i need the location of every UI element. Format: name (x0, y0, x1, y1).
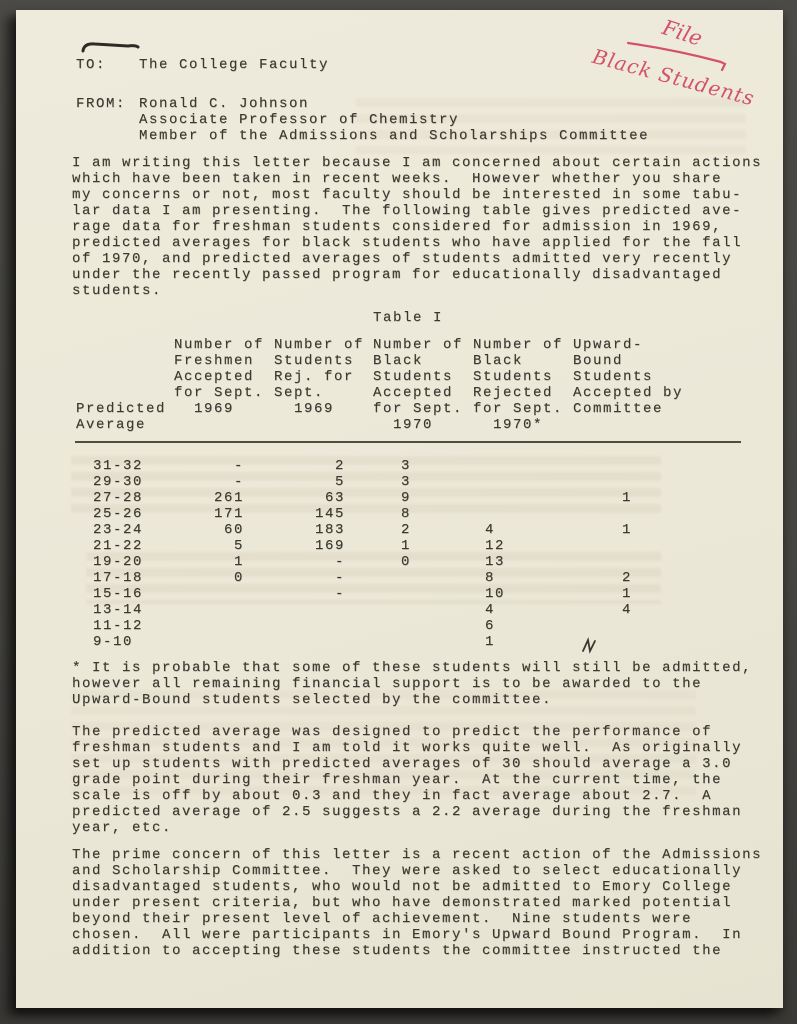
table-row: 15-16-101 (75, 586, 743, 602)
table-cell: 5 (174, 538, 274, 554)
table-cell: 261 (174, 490, 274, 506)
table-cell (473, 474, 573, 490)
table-cell: 1 (573, 522, 743, 538)
table-cell (174, 634, 274, 650)
table-row: 11-126 (75, 618, 743, 634)
table-cell: 145 (274, 506, 373, 522)
pen-dash-mark (83, 44, 138, 51)
table-cell: - (174, 458, 274, 474)
table-cell: 1 (174, 554, 274, 570)
table-cell: 4 (473, 522, 573, 538)
table-cell (174, 586, 274, 602)
table-cell: 2 (274, 458, 373, 474)
table-cell: - (274, 586, 373, 602)
table-row: 27-282616391 (75, 490, 743, 506)
table-cell: 12 (473, 538, 573, 554)
table-cell: - (274, 554, 373, 570)
table-header-column: Upward- Bound Students Accepted by Commi… (573, 337, 683, 417)
table-title: Table I (75, 310, 741, 326)
table-cell: 6 (473, 618, 573, 634)
table-row: 29-30-53 (75, 474, 743, 490)
table-cell: - (174, 474, 274, 490)
table-cell: 1 (573, 586, 743, 602)
table-cell: 5 (274, 474, 373, 490)
table-cell (373, 602, 473, 618)
table-cell: 2 (373, 522, 473, 538)
table-cell (174, 618, 274, 634)
table-header-column: Number of Students Rej. for Sept. 1969 (274, 337, 364, 417)
predicted-average-range: 31-32 (75, 458, 174, 474)
scanner-background: { "page": { "background_color": "#454440… (0, 0, 797, 1024)
table-cell (274, 602, 373, 618)
predicted-average-range: 25-26 (75, 506, 174, 522)
table-cell (373, 618, 473, 634)
memo-from-role: Member of the Admissions and Scholarship… (139, 128, 649, 144)
memo-from-title: Associate Professor of Chemistry (139, 112, 459, 128)
table-cell: 169 (274, 538, 373, 554)
table-row: 25-261711458 (75, 506, 743, 522)
table-cell: - (274, 570, 373, 586)
table-cell (274, 618, 373, 634)
table-cell (573, 554, 743, 570)
table-row-header: Predicted Average (76, 401, 166, 433)
predicted-average-range: 27-28 (75, 490, 174, 506)
table-row: 17-180-82 (75, 570, 743, 586)
table-header-column: Number of Black Students Rejected for Se… (473, 337, 563, 433)
table-header-column: Number of Black Students Accepted for Se… (373, 337, 463, 433)
memo-from-name: Ronald C. Johnson (139, 96, 309, 112)
predicted-average-range: 13-14 (75, 602, 174, 618)
table-cell: 1 (373, 538, 473, 554)
table-cell: 63 (274, 490, 373, 506)
table-cell (373, 634, 473, 650)
table-cell: 8 (373, 506, 473, 522)
letter-page: File Black Students TO: The College Facu… (16, 10, 783, 1008)
table-cell: 0 (373, 554, 473, 570)
table-cell (174, 602, 274, 618)
predicted-average-range: 29-30 (75, 474, 174, 490)
table-row: 31-32-23 (75, 458, 743, 474)
table-cell: 171 (174, 506, 274, 522)
table-cell (573, 474, 743, 490)
table-cell: 2 (573, 570, 743, 586)
table-cell (473, 506, 573, 522)
table-cell: 1 (473, 634, 573, 650)
predicted-average-paragraph: The predicted average was designed to pr… (72, 724, 742, 836)
table-cell (573, 618, 743, 634)
table-cell (573, 634, 743, 650)
table-row: 9-101 (75, 634, 743, 650)
table-row: 19-201-013 (75, 554, 743, 570)
predicted-average-range: 15-16 (75, 586, 174, 602)
table-cell (274, 634, 373, 650)
table-cell: 3 (373, 474, 473, 490)
table-cell: 60 (174, 522, 274, 538)
table-cell: 8 (473, 570, 573, 586)
table-header-column: Number of Freshmen Accepted for Sept. 19… (174, 337, 264, 417)
table-cell: 1 (573, 490, 743, 506)
table-cell: 3 (373, 458, 473, 474)
memo-from-label: FROM: (76, 96, 126, 112)
table-cell (473, 490, 573, 506)
table-cell: 9 (373, 490, 473, 506)
memo-to-label: TO: (76, 57, 106, 73)
table-cell (573, 458, 743, 474)
predicted-average-range: 9-10 (75, 634, 174, 650)
predicted-average-range: 21-22 (75, 538, 174, 554)
table-cell: 4 (473, 602, 573, 618)
table-cell (573, 538, 743, 554)
prime-concern-paragraph: The prime concern of this letter is a re… (72, 847, 762, 959)
table-row: 23-2460183241 (75, 522, 743, 538)
predicted-average-range: 11-12 (75, 618, 174, 634)
table-cell: 0 (174, 570, 274, 586)
table-cell (473, 458, 573, 474)
table-cell: 183 (274, 522, 373, 538)
table-row: 13-1444 (75, 602, 743, 618)
table-cell: 4 (573, 602, 743, 618)
footnote-paragraph: * It is probable that some of these stud… (72, 660, 752, 708)
table-body: 31-32-2329-30-5327-28261639125-261711458… (75, 458, 743, 650)
predicted-average-range: 17-18 (75, 570, 174, 586)
table-cell (373, 586, 473, 602)
memo-to-value: The College Faculty (139, 57, 329, 73)
table-row: 21-225169112 (75, 538, 743, 554)
predicted-average-range: 19-20 (75, 554, 174, 570)
file-note: File (659, 15, 705, 50)
table-cell (573, 506, 743, 522)
predicted-average-range: 23-24 (75, 522, 174, 538)
table-cell (373, 570, 473, 586)
table-cell: 13 (473, 554, 573, 570)
table-cell: 10 (473, 586, 573, 602)
table-rule (75, 441, 741, 443)
intro-paragraph: I am writing this letter because I am co… (72, 155, 762, 299)
